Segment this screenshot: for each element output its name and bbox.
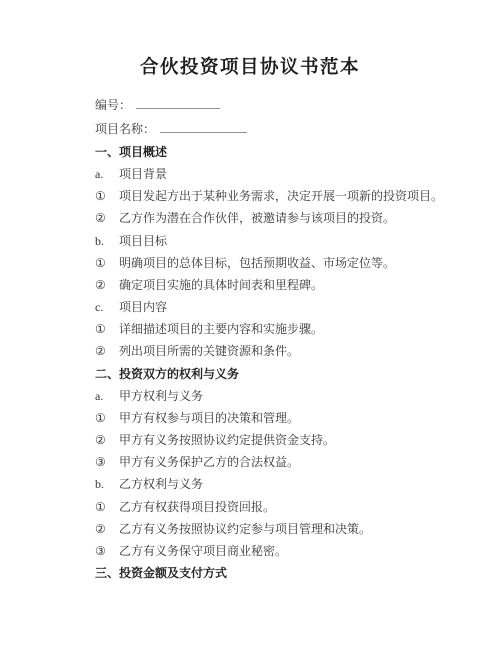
item-marker: ③ [95, 540, 119, 562]
sub-marker: a. [95, 163, 119, 185]
item-marker: ① [95, 252, 119, 274]
item-marker: ① [95, 318, 119, 340]
list-item: ①详细描述项目的主要内容和实施步骤。 [95, 318, 455, 340]
field-row-project-name: 项目名称： [95, 117, 455, 141]
field-label-project-name: 项目名称： [95, 122, 155, 136]
sub-heading: c.项目内容 [95, 296, 455, 318]
item-text: 详细描述项目的主要内容和实施步骤。 [119, 322, 323, 336]
item-text: 确定项目实施的具体时间表和里程碑。 [119, 278, 323, 292]
item-text: 明确项目的总体目标，包括预期收益、市场定位等。 [119, 256, 395, 270]
sub-text: 项目内容 [119, 300, 167, 314]
section-heading: 三、投资金额及支付方式 [95, 562, 455, 584]
field-label-number: 编号： [95, 98, 131, 112]
sub-text: 乙方权利与义务 [119, 477, 203, 491]
list-item: ①项目发起方出于某种业务需求，决定开展一项新的投资项目。 [95, 185, 455, 207]
item-marker: ③ [95, 451, 119, 473]
section-heading: 二、投资双方的权利与义务 [95, 363, 455, 385]
item-text: 列出项目所需的关键资源和条件。 [119, 344, 299, 358]
item-marker: ② [95, 518, 119, 540]
section-text: 投资金额及支付方式 [119, 566, 227, 580]
document-title: 合伙投资项目协议书范本 [0, 55, 500, 81]
sub-text: 项目背景 [119, 167, 167, 181]
sub-marker: c. [95, 296, 119, 318]
item-marker: ① [95, 407, 119, 429]
section-heading: 一、项目概述 [95, 141, 455, 163]
item-text: 甲方有义务按照协议约定提供资金支持。 [119, 433, 335, 447]
field-row-number: 编号： [95, 93, 455, 117]
section-marker: 二、 [95, 363, 119, 385]
list-item: ③乙方有义务保守项目商业秘密。 [95, 540, 455, 562]
list-item: ②甲方有义务按照协议约定提供资金支持。 [95, 429, 455, 451]
item-text: 甲方有权参与项目的决策和管理。 [119, 411, 299, 425]
item-text: 乙方有义务按照协议约定参与项目管理和决策。 [119, 522, 371, 536]
list-item: ①甲方有权参与项目的决策和管理。 [95, 407, 455, 429]
list-item: ②乙方有义务按照协议约定参与项目管理和决策。 [95, 518, 455, 540]
list-item: ②确定项目实施的具体时间表和里程碑。 [95, 274, 455, 296]
sub-marker: b. [95, 230, 119, 252]
section-text: 投资双方的权利与义务 [119, 367, 239, 381]
list-item: ③甲方有义务保护乙方的合法权益。 [95, 451, 455, 473]
sub-heading: b.项目目标 [95, 230, 455, 252]
item-marker: ① [95, 496, 119, 518]
item-text: 项目发起方出于某种业务需求，决定开展一项新的投资项目。 [119, 189, 443, 203]
sub-text: 甲方权利与义务 [119, 389, 203, 403]
item-marker: ② [95, 274, 119, 296]
sub-heading: a.甲方权利与义务 [95, 385, 455, 407]
item-marker: ② [95, 340, 119, 362]
item-marker: ① [95, 185, 119, 207]
item-text: 乙方有权获得项目投资回报。 [119, 500, 275, 514]
section-text: 项目概述 [119, 145, 167, 159]
sub-heading: a.项目背景 [95, 163, 455, 185]
item-text: 甲方有义务保护乙方的合法权益。 [119, 455, 299, 469]
section-marker: 三、 [95, 562, 119, 584]
list-item: ②乙方作为潜在合作伙伴，被邀请参与该项目的投资。 [95, 207, 455, 229]
list-item: ①乙方有权获得项目投资回报。 [95, 496, 455, 518]
list-item: ②列出项目所需的关键资源和条件。 [95, 340, 455, 362]
item-marker: ② [95, 429, 119, 451]
sub-marker: a. [95, 385, 119, 407]
section-marker: 一、 [95, 141, 119, 163]
field-blank-number [136, 96, 220, 109]
sub-marker: b. [95, 473, 119, 495]
list-item: ①明确项目的总体目标，包括预期收益、市场定位等。 [95, 252, 455, 274]
field-blank-project-name [160, 120, 247, 133]
sub-text: 项目目标 [119, 234, 167, 248]
item-marker: ② [95, 207, 119, 229]
item-text: 乙方作为潜在合作伙伴，被邀请参与该项目的投资。 [119, 211, 395, 225]
item-text: 乙方有义务保守项目商业秘密。 [119, 544, 287, 558]
document-page: 合伙投资项目协议书范本 编号： 项目名称： 一、项目概述 a.项目背景 ①项目发… [0, 0, 500, 647]
sub-heading: b.乙方权利与义务 [95, 473, 455, 495]
